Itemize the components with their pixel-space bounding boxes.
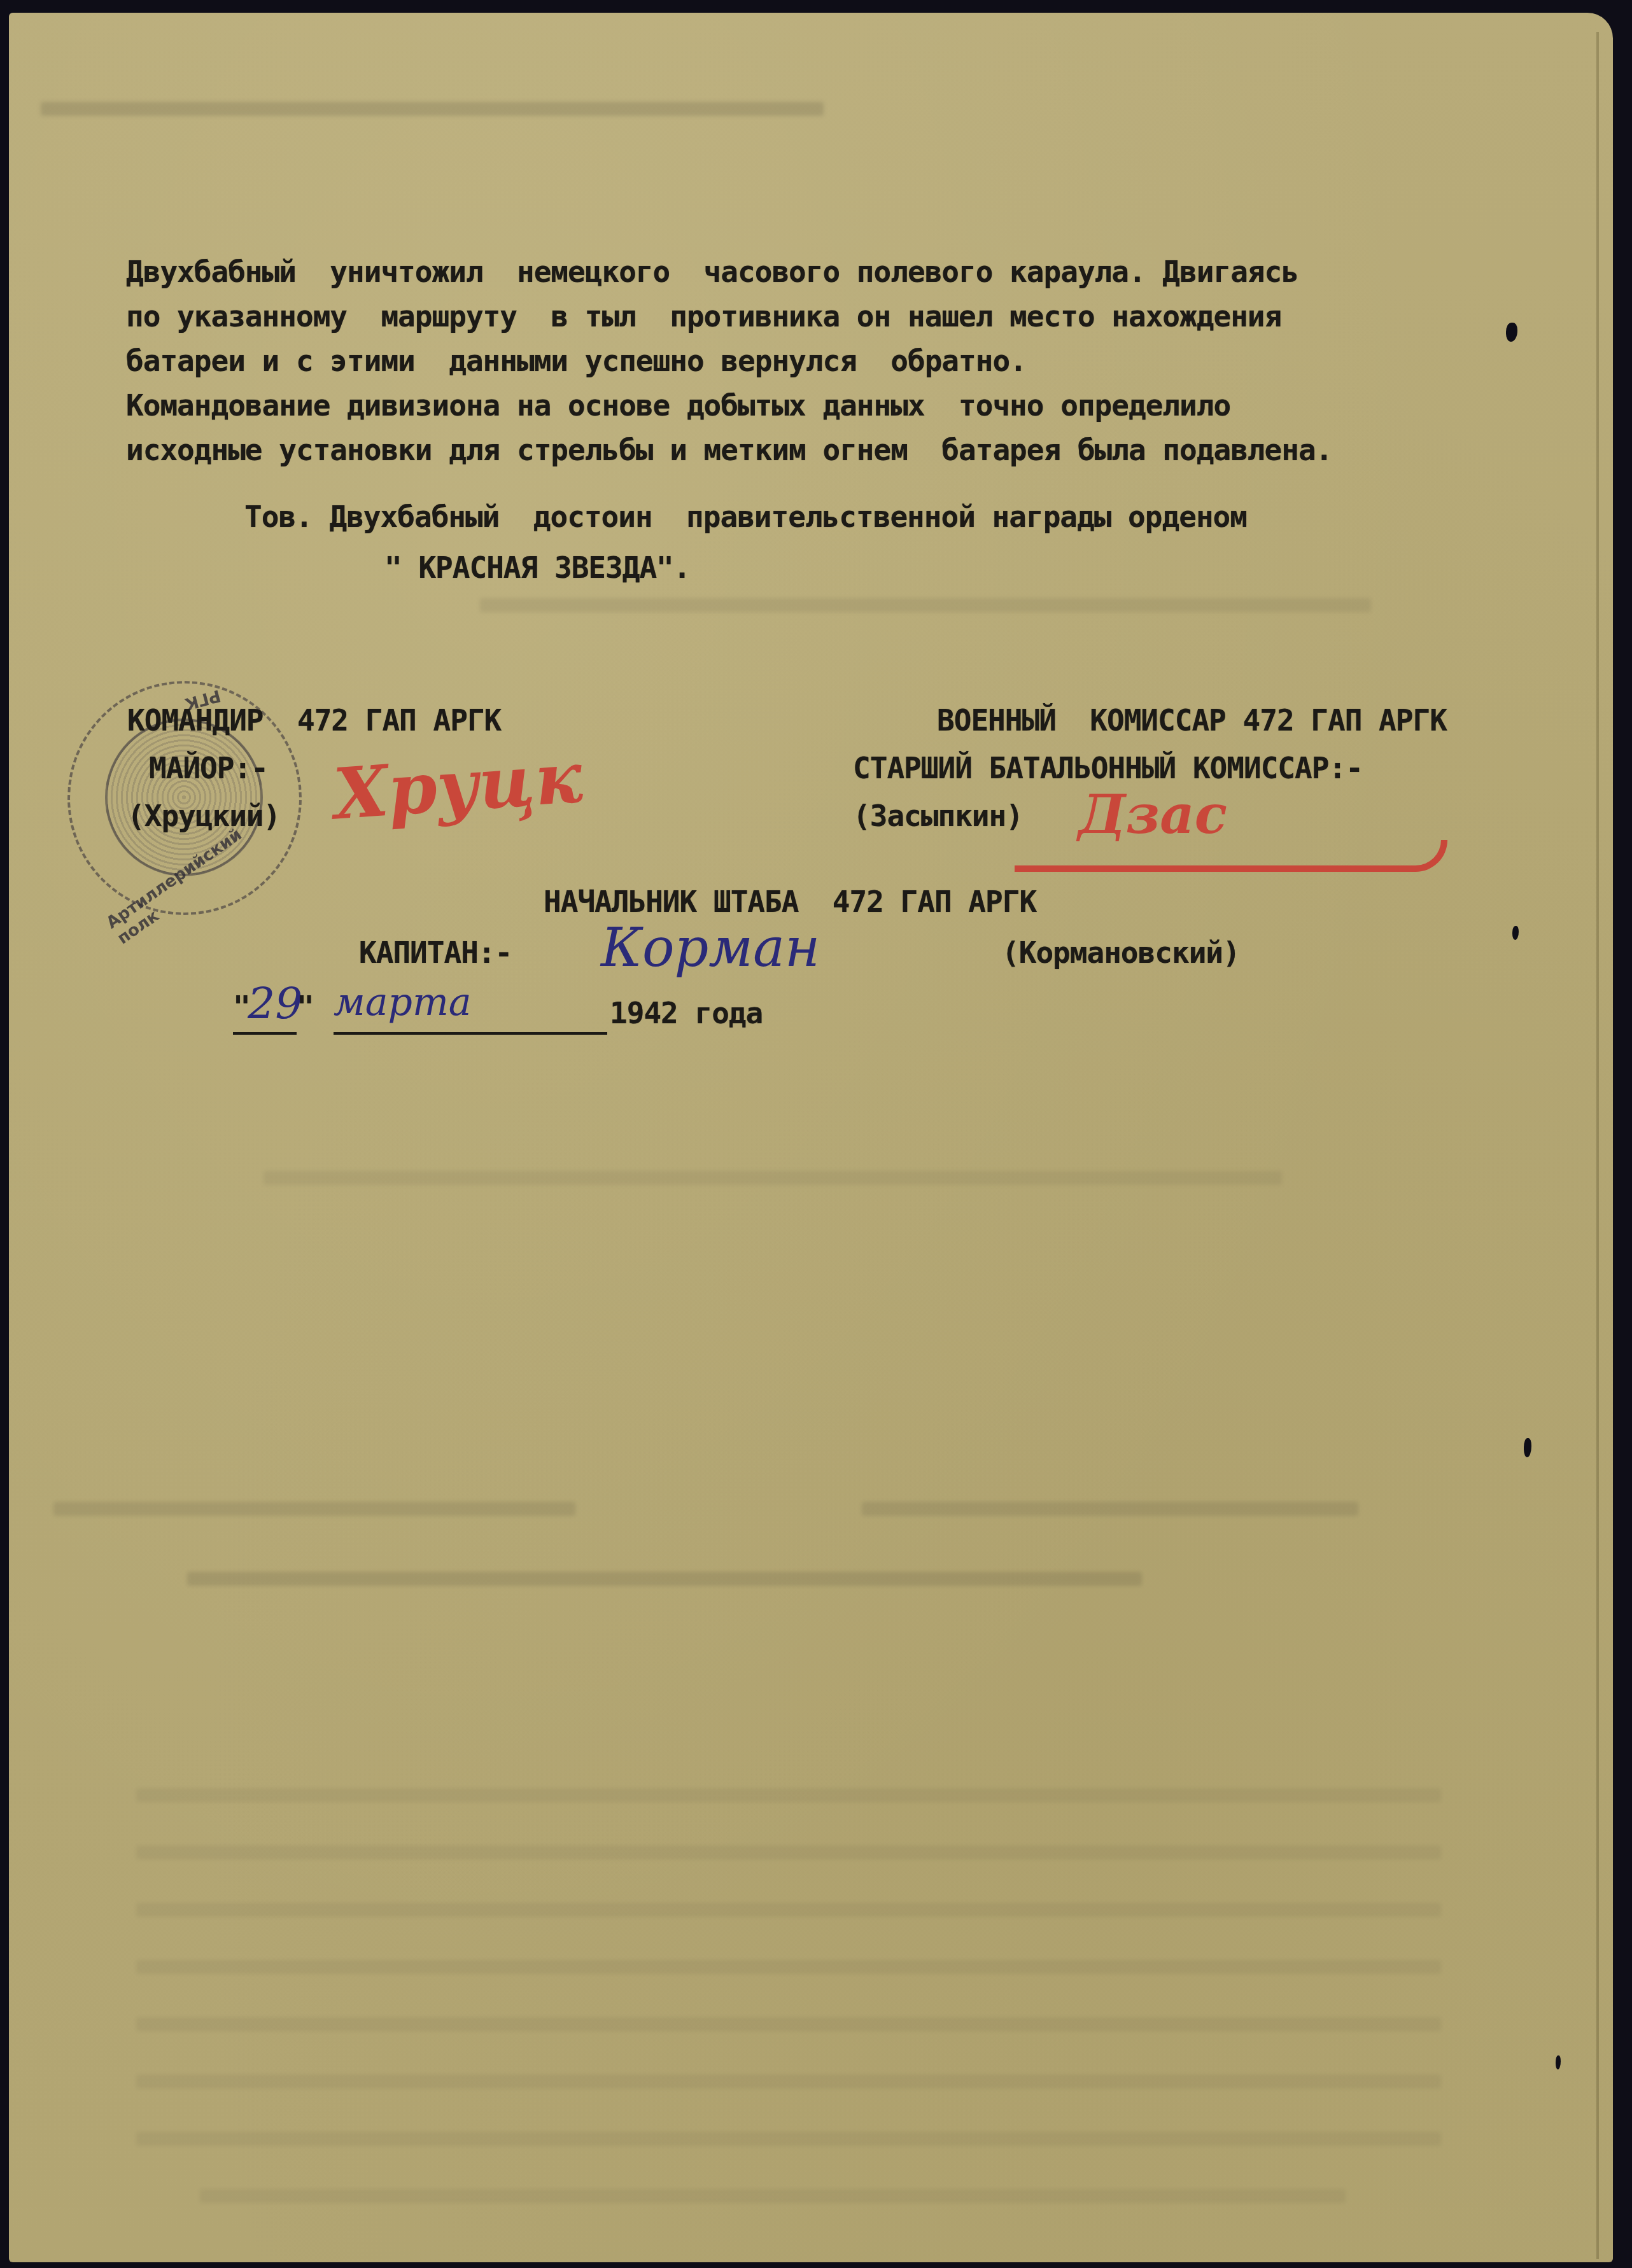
- chief-of-staff-title: НАЧАЛЬНИК ШТАБА 472 ГАП АРГК: [544, 885, 1036, 919]
- show-through-text: [187, 1572, 1142, 1586]
- show-through-text: [136, 2075, 1441, 2089]
- paper-hole: [1506, 323, 1517, 342]
- date-day: 29: [248, 979, 303, 1029]
- date-month: марта: [334, 980, 472, 1025]
- show-through-text: [136, 1960, 1441, 1974]
- commissar-signature: Дзас: [1078, 783, 1227, 846]
- chief-of-staff-name: (Кормановский): [1002, 935, 1240, 970]
- show-through-text: [480, 598, 1371, 612]
- show-through-text: [41, 102, 824, 116]
- body-line-1: Двухбабный уничтожил немецкого часового …: [126, 255, 1298, 289]
- show-through-text: [136, 1845, 1441, 1859]
- commissar-rank: СТАРШИЙ БАТАЛЬОННЫЙ КОМИССАР:-: [853, 751, 1363, 785]
- chief-of-staff-rank: КАПИТАН:-: [359, 935, 512, 970]
- date-month-underline: [334, 1032, 607, 1035]
- show-through-text: [264, 1171, 1282, 1185]
- date-close-quote: ": [297, 990, 314, 1024]
- recommendation-line-1: Тов. Двухбабный достоин правительственно…: [244, 500, 1247, 534]
- date-day-underline: [233, 1032, 297, 1035]
- paper-hole: [1524, 1438, 1531, 1457]
- body-line-4: Командование дивизиона на основе добытых…: [126, 388, 1230, 423]
- show-through-text: [136, 2132, 1441, 2146]
- recommendation-line-2: " КРАСНАЯ ЗВЕЗДА".: [384, 550, 691, 585]
- body-line-5: исходные установки для стрельбы и метким…: [126, 433, 1332, 467]
- paper-fold-edge: [1596, 32, 1599, 2259]
- commissar-title: ВОЕННЫЙ КОМИССАР 472 ГАП АРГК: [937, 703, 1447, 738]
- document-page: Двухбабный уничтожил немецкого часового …: [9, 13, 1613, 2262]
- show-through-text: [200, 2189, 1346, 2203]
- show-through-text: [136, 2017, 1441, 2031]
- body-line-3: батареи и с этими данными успешно вернул…: [126, 344, 1027, 378]
- show-through-text: [53, 1502, 575, 1516]
- commander-signature: Хруцк: [331, 736, 585, 836]
- paper-hole: [1512, 926, 1519, 940]
- commissar-signature-flourish: [1015, 840, 1447, 872]
- show-through-text: [862, 1502, 1358, 1516]
- commander-title: КОМАНДИР 472 ГАП АРГК: [127, 703, 501, 738]
- commissar-name: (Засыпкин): [853, 799, 1023, 833]
- body-line-2: по указанному маршруту в тыл противника …: [126, 299, 1281, 333]
- paper-hole: [1556, 2055, 1561, 2069]
- show-through-text: [136, 1903, 1441, 1917]
- commander-name: (Хруцкий): [127, 799, 280, 833]
- date-year: 1942 года: [610, 996, 763, 1030]
- commander-rank: МАЙОР:-: [149, 751, 268, 785]
- show-through-text: [136, 1788, 1441, 1802]
- chief-of-staff-signature: Корман: [601, 916, 820, 979]
